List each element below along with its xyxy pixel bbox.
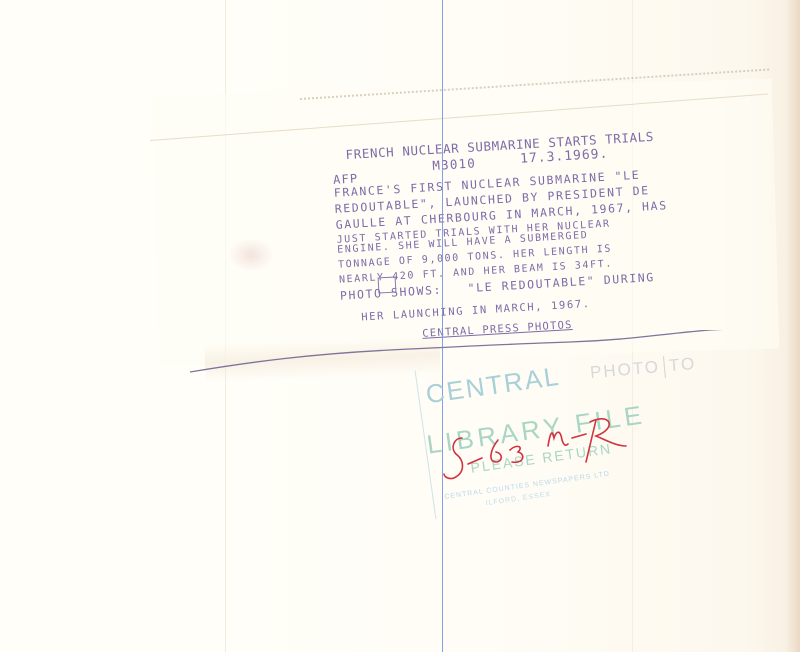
hand-drawn-box-mark — [378, 277, 397, 294]
faded-stamp-text: TO — [668, 354, 697, 375]
stamp-line: CENTRAL — [424, 361, 562, 411]
handwritten-note: 5-63 M-R — [440, 410, 630, 500]
paper-edge-shadow — [786, 0, 800, 652]
caption-reference: M3010 — [432, 157, 476, 172]
blue-guide-line — [442, 0, 443, 652]
stain — [228, 238, 274, 272]
